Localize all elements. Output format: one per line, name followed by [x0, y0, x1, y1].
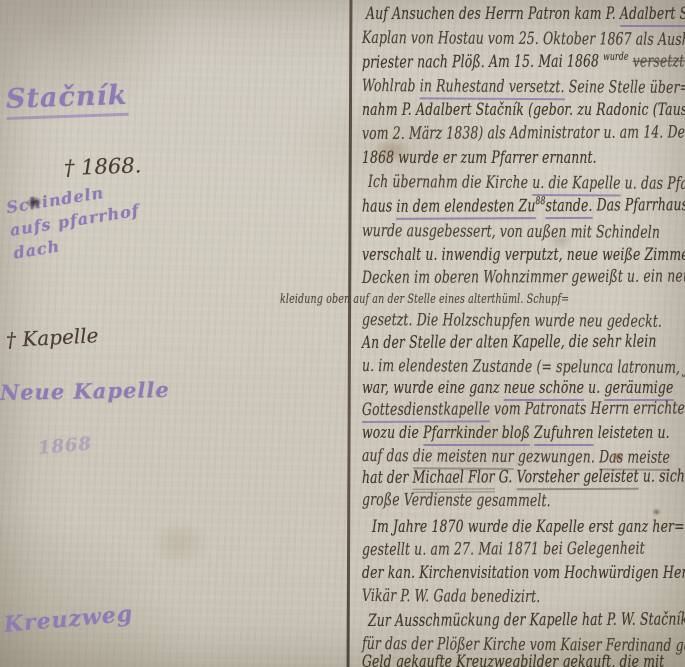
text-segment: An der Stelle der alten Kapelle, die seh… [362, 332, 657, 353]
text-segment: Auf Ansuchen des Herrn Patron kam P. [366, 4, 620, 24]
margin-note-neue-kapelle: Neue Kapelle [0, 377, 170, 405]
text-segment: gestellt u. am 27. Mai 1871 bei Gelegenh… [362, 539, 645, 560]
text-segment: Kaplan von Hostau vom 25. Oktober 1867 a… [362, 28, 685, 50]
margin-annotations-column: Stačník† 1868.Schindelnaufs pfarrhofdach… [0, 0, 348, 667]
text-segment: priester nach Plöß. Am 15. Mai 1868 [362, 52, 603, 73]
text-segment: gesetzt. Die Holzschupfen wurde neu gede… [362, 310, 662, 332]
margin-note-text: † Kapelle [5, 323, 99, 352]
underlined-text-segment: Pfarrkinder bloß [423, 423, 530, 446]
underlined-text-segment: geräumige [605, 378, 674, 401]
underlined-text-segment: Adalbert Stačník [620, 4, 685, 27]
manuscript-line: gestellt u. am 27. Mai 1871 bei Gelegenh… [362, 538, 685, 560]
manuscript-line: Gottesdienstkapelle vom Patronats Herrn … [362, 398, 685, 420]
text-segment: Zur Ausschmückung der Kapelle hat P. W. … [368, 609, 685, 631]
manuscript-line: Im Jahre 1870 wurde die Kapelle erst gan… [372, 517, 685, 537]
margin-note-text: Neue Kapelle [0, 377, 170, 405]
text-segment: wurde [603, 51, 628, 63]
text-segment: 1868 wurde er zum Pfarrer ernannt. [362, 148, 597, 168]
text-segment: u. [584, 378, 604, 398]
manuscript-line: priester nach Plöß. Am 15. Mai 1868 wurd… [362, 50, 685, 73]
underlined-text-segment: in dem elendesten Zu [396, 196, 535, 220]
underlined-text-segment: versetzte [633, 51, 685, 71]
text-segment: wozu die [362, 423, 423, 443]
text-segment: Das Pfarrhaus [593, 195, 685, 215]
margin-note-text: Kreuzweg [3, 601, 134, 638]
text-segment: Vikär P. W. Gada benedizirt. [362, 586, 540, 607]
text-segment: u. sich [639, 466, 685, 486]
text-segment: vom 2. März 1838) als Administrator u. a… [362, 122, 685, 144]
manuscript-line: kleidung oben auf an der Stelle eines al… [280, 292, 685, 307]
text-segment: Seine Stelle über= [565, 77, 685, 98]
underlined-text-segment: Zufuhren [534, 423, 594, 446]
text-segment: kleidung oben auf an der Stelle eines al… [280, 292, 569, 307]
text-segment: verschalt u. inwendig verputzt, neue wei… [362, 245, 685, 265]
margin-note-text: Stačník [5, 80, 128, 120]
manuscript-line: 1868 wurde er zum Pfarrer ernannt. [362, 148, 685, 168]
manuscript-line: gesetzt. Die Holzschupfen wurde neu gede… [362, 310, 685, 333]
manuscript-line: verschalt u. inwendig verputzt, neue wei… [362, 245, 685, 265]
margin-note-text: 1868 [37, 433, 93, 459]
text-segment: auf das [362, 446, 413, 466]
manuscript-line: auf das die meisten nur gezwungen. Das m… [362, 446, 685, 469]
text-segment: u. im elendesten Zustande (= spelunca la… [362, 356, 685, 378]
underlined-text-segment: stande. [546, 196, 593, 219]
manuscript-line: war, wurde eine ganz neue schöne u. gerä… [362, 378, 685, 398]
text-segment: Wohlrab [362, 76, 420, 96]
underlined-text-segment: Michael Flor [413, 467, 495, 492]
manuscript-line: Wohlrab in Ruhestand versetzt. Seine Ste… [362, 76, 685, 99]
text-segment: haus [362, 196, 396, 216]
manuscript-line: Zur Ausschmückung der Kapelle hat P. W. … [368, 609, 685, 631]
manuscript-line: hat der Michael Flor G. Vorsteher geleis… [362, 466, 685, 488]
text-segment: leisteten u. [594, 423, 670, 443]
underlined-text-segment: in Ruhestand versetzt. [420, 76, 565, 100]
underlined-text-segment: Kreuzwegbilder gekauft [456, 652, 611, 667]
text-segment: nahm P. Adalbert Stačník (gebor. zu Rado… [362, 100, 685, 120]
margin-note-schindeln-note: Schindelnaufs pfarrhofdach [5, 176, 145, 265]
text-segment: hat der [362, 468, 413, 488]
underlined-text-segment: u. die Kapelle [532, 173, 620, 197]
manuscript-line: Kaplan von Hostau vom 25. Oktober 1867 a… [362, 28, 685, 51]
manuscript-line: Decken im oberen Wohnzimmer geweißt u. e… [362, 266, 685, 288]
text-segment: der kan. Kirchenvisitation vom Hochwürdi… [362, 563, 685, 583]
underlined-text-segment: neue schöne [504, 378, 584, 401]
text-segment: wurde ausgebessert, von außen mit Schind… [362, 221, 660, 243]
text-segment: 88 [535, 195, 545, 207]
manuscript-line: Auf Ansuchen des Herrn Patron kam P. Ada… [366, 4, 685, 24]
margin-note-stacnik: Stačník [5, 80, 128, 115]
text-segment: , die mit [611, 652, 664, 667]
manuscript-line: Vikär P. W. Gada benedizirt. [362, 586, 685, 609]
text-segment: war, wurde eine ganz [362, 378, 504, 398]
text-segment: G. [495, 467, 517, 487]
manuscript-line: wozu die Pfarrkinder bloß Zufuhren leist… [362, 423, 685, 443]
text-segment: vom Patronats Herrn errichtet, [490, 398, 685, 419]
underlined-text-segment: Vorsteher geleistet [517, 467, 639, 491]
text-segment: gezwungen. [514, 447, 599, 468]
manuscript-line: große Verdienste gesammelt. [362, 490, 685, 513]
text-segment: u. das Pfarr= [621, 174, 685, 195]
text-segment: Geld gekaufte [362, 652, 456, 667]
manuscript-page: Stačník† 1868.Schindelnaufs pfarrhofdach… [0, 0, 685, 667]
manuscript-line: der kan. Kirchenvisitation vom Hochwürdi… [362, 563, 685, 583]
margin-note-kreuzweg: Kreuzweg [3, 601, 134, 638]
text-segment: Ich übernahm die Kirche [368, 172, 532, 193]
margin-note-kapelle: † Kapelle [5, 323, 99, 352]
manuscript-line: An der Stelle der alten Kapelle, die seh… [362, 331, 685, 353]
manuscript-line: Ich übernahm die Kirche u. die Kapelle u… [368, 172, 685, 195]
margin-note-faint-1868: 1868 [37, 433, 93, 459]
text-segment: große Verdienste gesammelt. [362, 490, 551, 511]
manuscript-line: u. im elendesten Zustande (= spelunca la… [362, 356, 685, 379]
text-segment: Decken im oberen Wohnzimmer geweißt u. e… [362, 266, 685, 288]
manuscript-line: wurde ausgebessert, von außen mit Schind… [362, 221, 685, 244]
underlined-text-segment: Gottesdienstkapelle [362, 399, 490, 423]
manuscript-text-column: Auf Ansuchen des Herrn Patron kam P. Ada… [362, 0, 685, 667]
manuscript-line: Geld gekaufte Kreuzwegbilder gekauft, di… [362, 652, 685, 667]
text-segment: Im Jahre 1870 wurde die Kapelle erst gan… [372, 517, 685, 537]
manuscript-line: haus in dem elendesten Zu88stande. Das P… [362, 194, 685, 217]
manuscript-line: nahm P. Adalbert Stačník (gebor. zu Rado… [362, 100, 685, 120]
manuscript-line: vom 2. März 1838) als Administrator u. a… [362, 122, 685, 144]
